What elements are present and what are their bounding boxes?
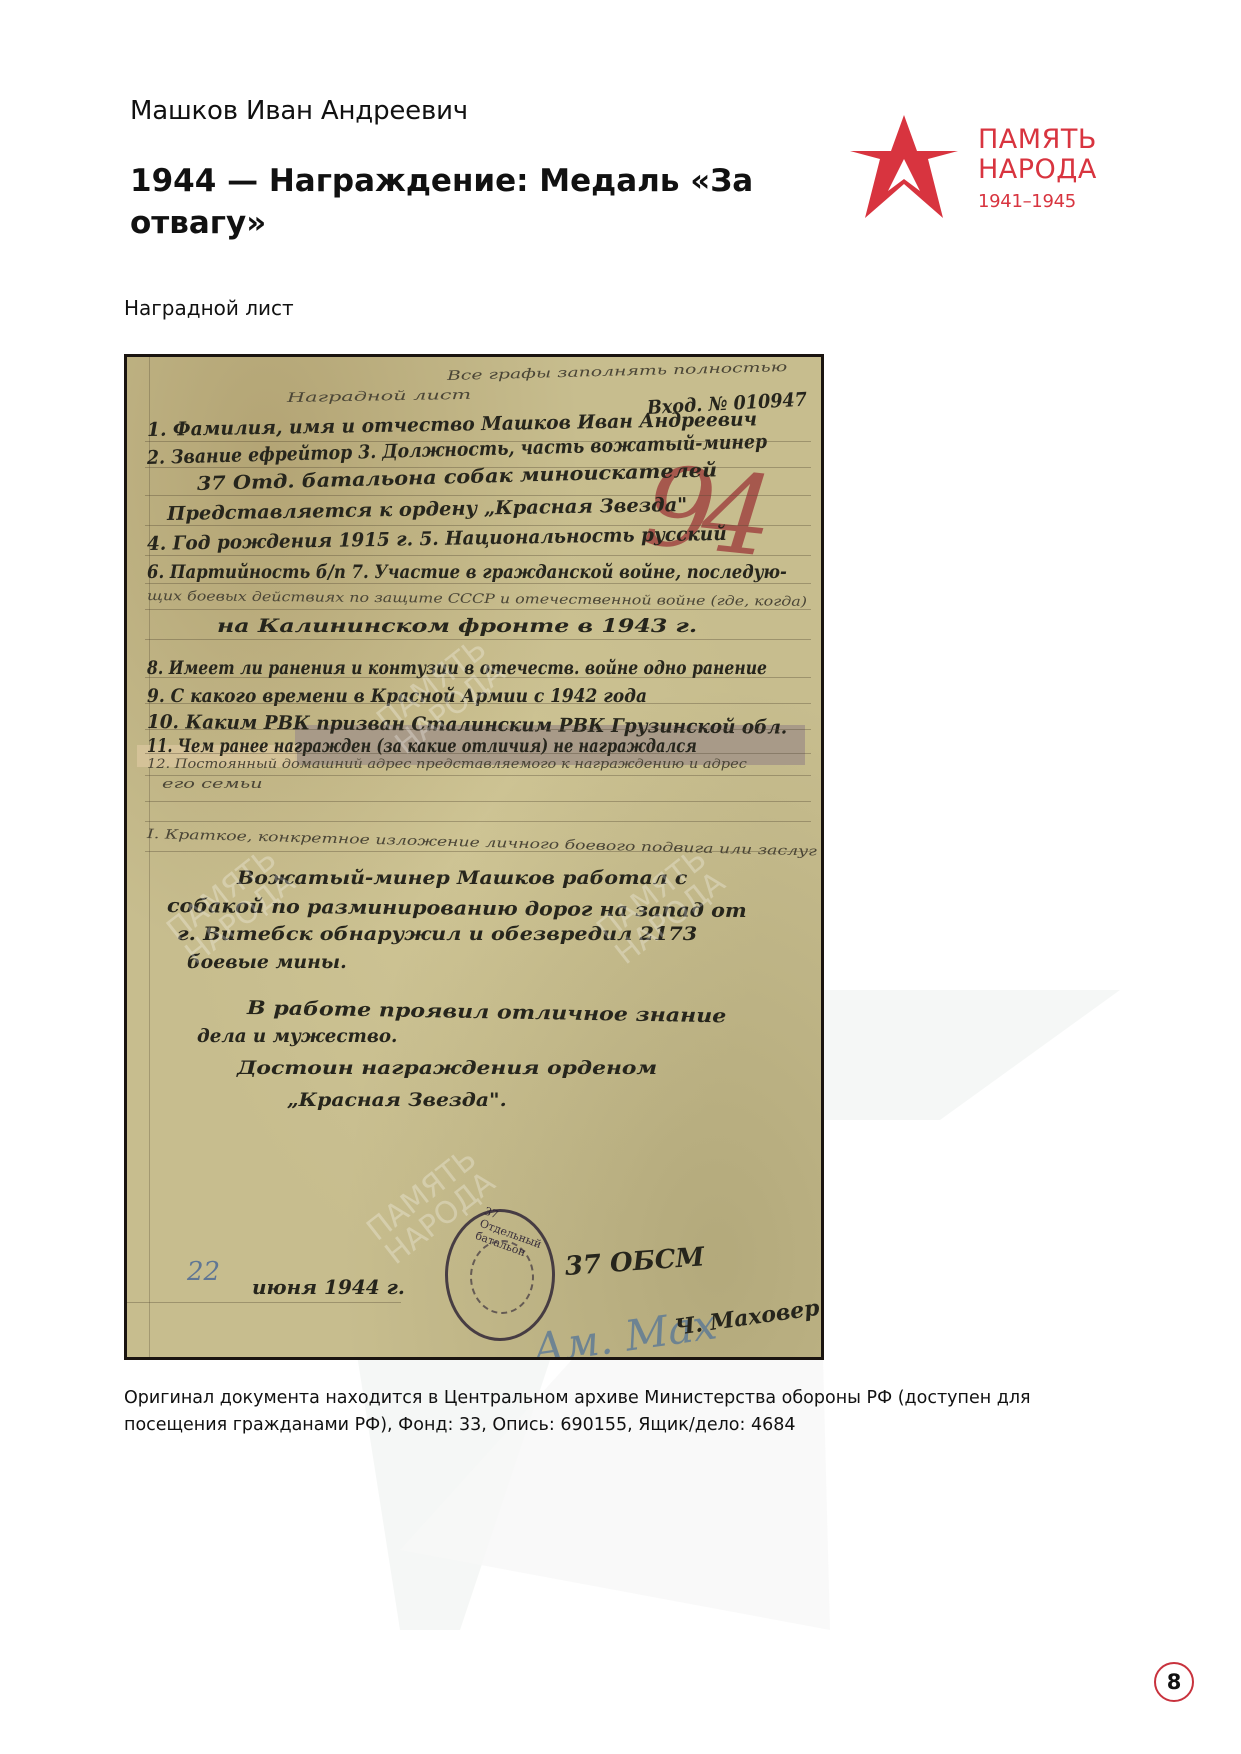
handwritten-line: Представляется к ордену „Красная Звезда": [167, 494, 688, 525]
official-stamp: 37 Отдельный батальон: [445, 1209, 555, 1341]
ruled-line: [145, 677, 811, 678]
ruled-line: [145, 525, 811, 526]
ruled-line: [145, 609, 811, 610]
ruled-line: [145, 555, 811, 556]
handwritten-line: „Красная Звезда".: [287, 1089, 507, 1111]
ruled-line: [145, 729, 811, 730]
logo-line-1: ПАМЯТЬ: [978, 125, 1097, 155]
ruled-line: [145, 441, 811, 442]
handwritten-line: боевые мины.: [187, 951, 347, 973]
ruled-line: [145, 753, 811, 754]
ruled-line: [145, 851, 811, 852]
ruled-line: [145, 821, 811, 822]
handwritten-line: I. Краткое, конкретное изложение личного…: [147, 827, 817, 860]
person-name: Машков Иван Андреевич: [130, 96, 468, 126]
section-label: Наградной лист: [124, 296, 294, 320]
award-sheet-scan: 94 22 июня 1944 г. 37 Отдельный батальон…: [124, 354, 824, 1360]
handwritten-line: 12. Постоянный домашний адрес представля…: [147, 757, 747, 772]
red-star-icon: [850, 115, 958, 218]
stamp-emblem-icon: [470, 1240, 534, 1314]
handwritten-line: Наградной лист: [287, 388, 471, 406]
date-underline: [127, 1302, 401, 1303]
handwritten-line: В работе проявил отличное знание: [247, 997, 727, 1027]
handwritten-line: его семьи: [162, 777, 263, 792]
ruled-line: [145, 639, 811, 640]
archive-caption: Оригинал документа находится в Центральн…: [124, 1385, 1114, 1439]
ruled-line: [145, 495, 811, 496]
ruled-line: [145, 775, 811, 776]
handwritten-line: на Калининском фронте в 1943 г.: [217, 615, 697, 637]
ruled-line: [145, 703, 811, 704]
handwritten-line: 8. Имеет ли ранения и контузии в отечест…: [147, 657, 767, 679]
unit-signature: 37 ОБСМ: [564, 1242, 705, 1282]
handwritten-line: Вожатый-минер Машков работал с: [237, 867, 687, 889]
handwritten-line: г. Витебск обнаружил и обезвредил 2173: [177, 923, 697, 945]
pamyat-naroda-logo[interactable]: ПАМЯТЬ НАРОДА 1941–1945: [850, 115, 1130, 220]
handwritten-line: Все графы заполнять полностью: [447, 360, 788, 384]
handwritten-line: собакой по разминированию дорог на запад…: [167, 895, 747, 922]
handwritten-line: Достоин награждения орденом: [237, 1057, 657, 1079]
ruled-line: [145, 801, 811, 802]
ruled-line: [145, 583, 811, 584]
logo-line-2: НАРОДА: [978, 155, 1097, 185]
document-date-day: 22: [187, 1257, 220, 1287]
page-number: 8: [1154, 1662, 1194, 1702]
award-title: 1944 — Награждение: Медаль «За отвагу»: [130, 160, 770, 244]
handwritten-line: 6. Партийность б/п 7. Участие в гражданс…: [147, 561, 787, 583]
logo-years: 1941–1945: [978, 191, 1076, 212]
handwritten-line: дела и мужество.: [197, 1025, 397, 1047]
ruled-line: [145, 467, 811, 468]
margin-line: [149, 357, 150, 1357]
document-date: июня 1944 г.: [252, 1275, 405, 1299]
handwritten-line: щих боевых действиях по защите СССР и от…: [147, 589, 807, 610]
